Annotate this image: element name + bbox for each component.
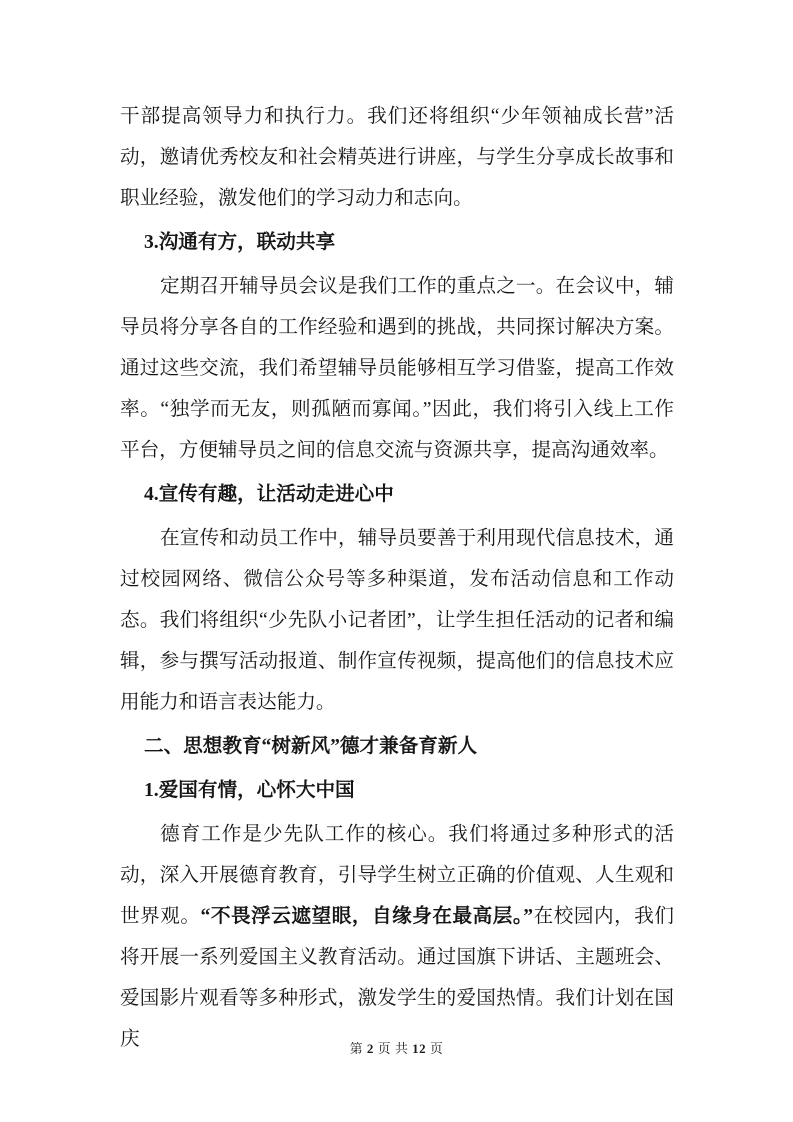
page-footer: 第 2 页 共 12 页 bbox=[0, 1040, 793, 1058]
document-body: 干部提高领导力和执行力。我们还将组织“少年领袖成长营”活动，邀请优秀校友和社会精… bbox=[120, 96, 674, 1060]
page-number-text: 第 bbox=[350, 1041, 367, 1056]
text-run: 在校园内，我们将开展一系列爱国主义教育活动。通过国旗下讲话、主题班会、爱国影片观… bbox=[120, 906, 674, 1050]
paragraph: 德育工作是少先队工作的核心。我们将通过多种形式的活动，深入开展德育教育，引导学生… bbox=[120, 814, 674, 1060]
numbered-heading: 3.沟通有方，联动共享 bbox=[120, 222, 674, 263]
text-run: 4.宣传有趣，让活动走进心中 bbox=[144, 484, 394, 505]
numbered-heading: 4.宣传有趣，让活动走进心中 bbox=[120, 474, 674, 515]
text-run: 定期召开辅导员会议是我们工作的重点之一。在会议中，辅导员将分享各自的工作经验和遇… bbox=[120, 276, 674, 461]
text-run: 干部提高领导力和执行力。我们还将组织“少年领袖成长营”活动，邀请优秀校友和社会精… bbox=[120, 106, 674, 209]
text-run: “不畏浮云遮望眼，自缘身在最高层。” bbox=[201, 906, 534, 927]
document-page: 干部提高领导力和执行力。我们还将组织“少年领袖成长营”活动，邀请优秀校友和社会精… bbox=[0, 0, 793, 1122]
paragraph: 定期召开辅导员会议是我们工作的重点之一。在会议中，辅导员将分享各自的工作经验和遇… bbox=[120, 266, 674, 471]
numbered-heading: 1.爱国有情，心怀大中国 bbox=[120, 770, 674, 811]
page-number-text: 12 bbox=[412, 1041, 426, 1056]
text-run: 二、思想教育“树新风”德才兼备育新人 bbox=[144, 736, 477, 757]
text-run: 在宣传和动员工作中，辅导员要善于利用现代信息技术，通过校园网络、微信公众号等多种… bbox=[120, 528, 674, 713]
text-run: 1.爱国有情，心怀大中国 bbox=[144, 780, 355, 801]
page-number-text: 2 bbox=[367, 1041, 374, 1056]
paragraph-continued: 干部提高领导力和执行力。我们还将组织“少年领袖成长营”活动，邀请优秀校友和社会精… bbox=[120, 96, 674, 219]
text-run: 3.沟通有方，联动共享 bbox=[144, 232, 335, 253]
section-heading: 二、思想教育“树新风”德才兼备育新人 bbox=[120, 726, 674, 767]
page-number-text: 页 bbox=[426, 1041, 443, 1056]
paragraph: 在宣传和动员工作中，辅导员要善于利用现代信息技术，通过校园网络、微信公众号等多种… bbox=[120, 518, 674, 723]
page-number-text: 页 共 bbox=[374, 1041, 412, 1056]
